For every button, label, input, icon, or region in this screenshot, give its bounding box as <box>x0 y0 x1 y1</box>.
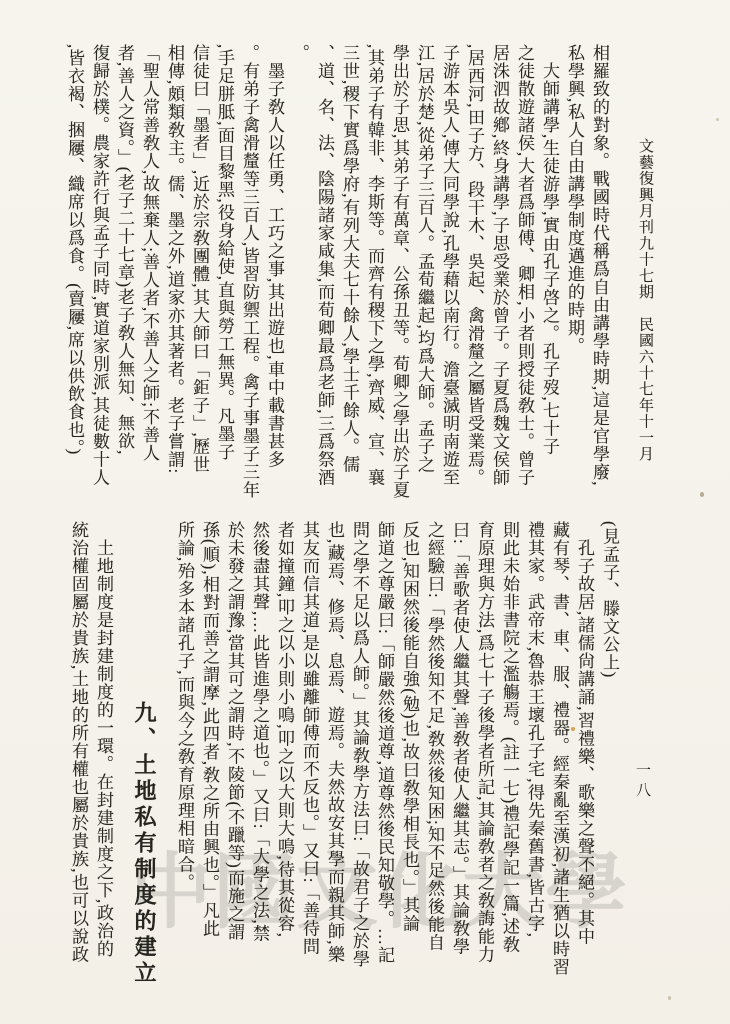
text-column: 。 <box>287 44 312 518</box>
text-column: 學出於子思,其弟子有萬章、公孫丑等。荀卿之學出於子夏 <box>387 44 412 518</box>
text-column: (見孟子、滕文公上) <box>597 521 622 997</box>
text-column: 育原理與方法,爲七十子後學者所記,其論敎者之敎誨能力 <box>472 521 497 997</box>
text-column: 者,善人之資。」(老子二十七章)老子敎人無知、無欲, <box>112 44 137 518</box>
text-column: 者如撞鐘,叩之以小則小鳴,叩之以大則大鳴,待其從容, <box>272 521 297 997</box>
text-column: 土地制度是封建制度的一環。在封建制度之下,政治的 <box>91 521 116 997</box>
text-column: 其友而信其道,是以雖離師傅而不反也。」又曰:「善待問 <box>297 521 322 997</box>
scanned-journal-page: 中國文化大學 文藝復興月刊九十七期 民國六十七年十一月 一八 相羅致的對象。戰國… <box>0 0 730 1024</box>
text-column: ,皆衣褐、捆屨、織席以爲食。(賣屨,席以供飲食也。) <box>62 44 87 518</box>
section-heading: 九、土地私有制度的建立 <box>123 521 165 997</box>
text-column: 墨子敎人以任勇、工巧之事,其出遊也,車中載書甚多 <box>262 44 287 518</box>
text-column: ,手足胼胝,面目黎黑,役身給使,直與勞工無異。凡墨子 <box>212 44 237 518</box>
text-column: 孫(順),相對而善之謂摩,此四者,敎之所由興也。」凡此 <box>197 521 222 997</box>
text-column: 於未發之謂豫,當其可之謂時,不陵節(不躐等)而施之謂 <box>222 521 247 997</box>
text-column: 禮其家。武帝末,魯恭王壞孔子宅,得先秦舊書,皆古字, <box>522 521 547 997</box>
text-column: 。有弟子禽滑釐等三百人,皆習防禦工程。禽子事墨子三年 <box>237 44 262 518</box>
text-column: ,居西河,田子方、段干木、吳起、禽滑釐之屬皆受業焉。 <box>462 44 487 518</box>
text-column: 之經驗曰:「學然後知不足,敎然後知困;知不足然後能自 <box>422 521 447 997</box>
text-column: 師道之尊嚴曰:「師嚴然後道尊,道尊然後民知敬學。…記 <box>372 521 397 997</box>
text-column: 之徒散遊諸侯,大者爲師傅、卿相,小者則授徒敎士。曾子 <box>512 44 537 518</box>
top-text-block: 相羅致的對象。戰國時代稱爲自由講學時期,這是官學廢,私學興,私人自由講學制度邁進… <box>62 44 612 518</box>
text-column: 所論,殆多本諸孔子,而與今之敎育原理相暗合。 <box>172 521 197 997</box>
text-column: 江,居於楚,從弟子三百人。孟荀繼起,均爲大師。孟子之 <box>412 44 437 518</box>
bottom-text-block: (見孟子、滕文公上)孔子故居,諸儒尙講誦,習禮樂、歌樂之聲不絕。其中藏有琴、書、… <box>66 521 622 997</box>
text-column: 則此未始非書院之濫觴焉。(註一七)禮記學記一篇,述敎 <box>497 521 522 997</box>
text-column: 曰:「善歌者使人繼其聲,善敎者使人繼其志。」其論敎學 <box>447 521 472 997</box>
text-column: 三世,稷下實爲學府,有列大夫七十餘人,學士千餘人。儒 <box>337 44 362 518</box>
text-column: 藏有琴、書、車、服、禮器。經秦亂至漢初,諸生猶以時習 <box>547 521 572 997</box>
text-column: 反也,知困然後能自強(勉)也,故曰敎學相長也。」其論 <box>397 521 422 997</box>
text-column: 「聖人常善敎人,故無棄人;善人者,不善人之師;不善人 <box>137 44 162 518</box>
text-column: 私學興,私人自由講學制度邁進的時期。 <box>562 44 587 518</box>
text-column: 、道、名、法、陰陽諸家咸集,而荀卿最爲老師,三爲祭酒 <box>312 44 337 518</box>
scan-speck <box>716 118 719 121</box>
text-column: 相傳,頗類敎主。儒、墨之外,道家亦其著者。老子嘗謂: <box>162 44 187 518</box>
journal-header: 文藝復興月刊九十七期 民國六十七年十一月 <box>635 138 656 462</box>
text-column: 大師講學,生徒游學,實由孔子啓之。孔子歿,七十子 <box>537 44 562 518</box>
text-column: 孔子故居,諸儒尙講誦,習禮樂、歌樂之聲不絕。其中 <box>572 521 597 997</box>
text-column: 也,藏焉、修焉、息焉、遊焉。夫然故安其學而親其師,樂 <box>322 521 347 997</box>
text-column: 居洙泗故鄕,終身講學,子思受業於曾子。子夏爲魏文侯師 <box>487 44 512 518</box>
text-column: 然後盡其聲,…此皆進學之道也。」又曰:「大學之法,禁 <box>247 521 272 997</box>
text-column: 復歸於樸。農家許行與孟子同時,實道家別派,其徒數十人 <box>87 44 112 518</box>
text-column: 問之學不足以爲人師。」其論敎學方法曰:「故君子之於學 <box>347 521 372 997</box>
text-column: 統治權固屬於貴族,土地的所有權也屬於貴族,也可以說政 <box>66 521 91 997</box>
scan-speck <box>700 492 704 497</box>
scan-speck <box>668 996 671 1000</box>
text-column: 信徒曰「墨者」,近於宗敎團體,其大師曰「鉅子」,歷世 <box>187 44 212 518</box>
page-number: 一八 <box>632 762 653 802</box>
text-column: 子游本吳人,傳大同學說,孔學藉以南行。澹臺滅明南遊至 <box>437 44 462 518</box>
text-column: ,其弟子有韓非、李斯等。而齊有稷下之學,齊威、宣、襄 <box>362 44 387 518</box>
text-column: 相羅致的對象。戰國時代稱爲自由講學時期,這是官學廢, <box>587 44 612 518</box>
